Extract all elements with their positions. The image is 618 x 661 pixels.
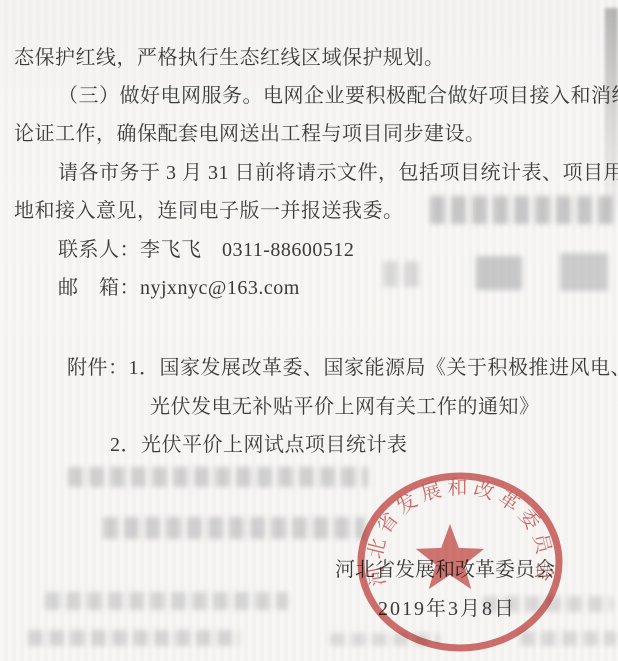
bleed-through-smudge xyxy=(45,592,288,610)
body-line: 论证工作，确保配套电网送出工程与项目同步建设。 xyxy=(14,117,486,146)
bleed-through-smudge xyxy=(430,196,615,224)
attachment-line-2: 2．光伏平价上网试点项目统计表 xyxy=(110,428,408,457)
seal-star xyxy=(416,524,484,589)
contact-email-line: 邮 箱：nyjxnyc@163.com xyxy=(58,271,300,300)
page-edge-shadow xyxy=(605,8,618,238)
body-line: 态保护红线，严格执行生态红线区域保护规划。 xyxy=(14,41,445,70)
bleed-through-smudge xyxy=(560,253,608,291)
contact-person-line: 联系人：李飞飞 0311-88600512 xyxy=(58,233,354,262)
attachment-line-1: 附件：1．国家发展改革委、国家能源局《关于积极推进风电、 xyxy=(67,351,618,380)
bleed-through-smudge xyxy=(68,467,368,487)
bleed-through-smudge xyxy=(476,256,522,290)
body-line: （三）做好电网服务。电网企业要积极配合做好项目接入和消纳 xyxy=(58,79,618,108)
body-line: 地和接入意见，连同电子版一并报送我委。 xyxy=(14,194,404,223)
bleed-through-smudge xyxy=(383,261,423,287)
bleed-through-smudge xyxy=(103,517,365,539)
scanned-document-page: 态保护红线，严格执行生态红线区域保护规划。 （三）做好电网服务。电网企业要积极配… xyxy=(0,0,618,661)
body-line: 请各市务于 3 月 31 日前将请示文件，包括项目统计表、项目用 xyxy=(58,156,618,185)
attachment-line-1-wrap: 光伏发电无补贴平价上网有关工作的通知》 xyxy=(150,390,540,419)
bleed-through-smudge xyxy=(28,630,240,646)
official-seal: 河北省发展和改革委员会 xyxy=(352,466,568,658)
